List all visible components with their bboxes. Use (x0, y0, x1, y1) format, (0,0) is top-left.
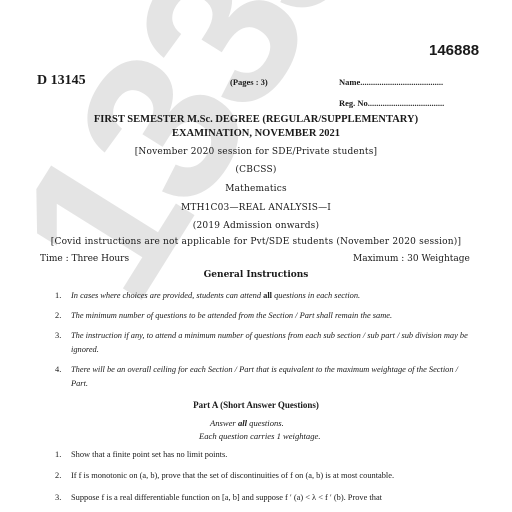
session-note: [November 2020 session for SDE/Private s… (0, 147, 512, 157)
subject: Mathematics (0, 184, 512, 194)
reg-no-field: Reg. No.................................… (339, 98, 444, 108)
maximum-weightage: Maximum : 30 Weightage (353, 254, 470, 264)
name-field: Name....................................… (339, 77, 443, 87)
instruction-item: 3. The instruction if any, to attend a m… (55, 329, 475, 357)
emphasis-all: all (263, 291, 272, 300)
question-number: 2. (55, 471, 71, 480)
emphasis-all: all (238, 418, 247, 428)
course-title: MTH1C03—REAL ANALYSIS—I (0, 203, 512, 213)
instruction-number: 2. (55, 309, 61, 323)
exam-title-line1: FIRST SEMESTER M.Sc. DEGREE (REGULAR/SUP… (0, 114, 512, 125)
instruction-item: 1. In cases where choices are provided, … (55, 289, 475, 303)
instruction-text: The minimum number of questions to be at… (71, 309, 475, 323)
covid-note: [Covid instructions are not applicable f… (0, 237, 512, 247)
question-item: 2.If f is monotonic on (a, b), prove tha… (55, 471, 394, 480)
time-allowed: Time : Three Hours (40, 254, 129, 264)
instruction-item: 2. The minimum number of questions to be… (55, 309, 475, 323)
question-number: 1. (55, 450, 71, 459)
weightage-note: Each question carries 1 weightage. (199, 431, 321, 441)
serial-number: 146888 (429, 42, 479, 59)
scheme: (CBCSS) (0, 165, 512, 175)
question-item: 3.Suppose f is a real differentiable fun… (55, 493, 382, 502)
instruction-text: The instruction if any, to attend a mini… (71, 329, 475, 357)
instruction-number: 3. (55, 329, 61, 343)
admission-note: (2019 Admission onwards) (0, 221, 512, 231)
exam-title-line2: EXAMINATION, NOVEMBER 2021 (0, 128, 512, 139)
instruction-item: 4. There will be an overall ceiling for … (55, 363, 475, 391)
part-a-heading: Part A (Short Answer Questions) (0, 400, 512, 410)
answer-all-note: Answer all questions. (210, 418, 284, 428)
paper-code: D 13145 (37, 73, 86, 89)
page-count: (Pages : 3) (230, 77, 268, 87)
question-text: Suppose f is a real differentiable funct… (71, 493, 382, 502)
instruction-text: In cases where choices are provided, stu… (71, 289, 475, 303)
question-text: If f is monotonic on (a, b), prove that … (71, 471, 394, 480)
instruction-number: 1. (55, 289, 61, 303)
instruction-text: There will be an overall ceiling for eac… (71, 363, 475, 391)
exam-page: 146888 D 13145 (Pages : 3) Name.........… (0, 0, 512, 512)
general-instructions-heading: General Instructions (0, 270, 512, 280)
question-text: Show that a finite point set has no limi… (71, 450, 227, 459)
instruction-number: 4. (55, 363, 61, 377)
question-number: 3. (55, 493, 71, 502)
question-item: 1.Show that a finite point set has no li… (55, 450, 227, 459)
